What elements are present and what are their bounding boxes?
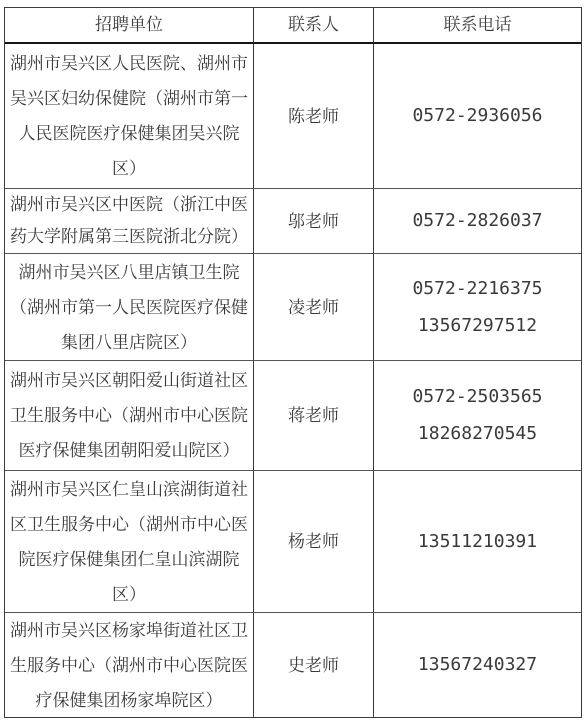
phone-number: 0572-2826037 <box>412 211 542 231</box>
header-contact: 联系人 <box>254 8 374 44</box>
phone-number: 13567297512 <box>418 316 537 336</box>
unit-cell: 湖州市吴兴区八里店镇卫生院（湖州市第一人民医院医疗保健集团八里店院区） <box>5 253 254 360</box>
header-phone: 联系电话 <box>374 8 581 44</box>
phone-cell: 13511210391 <box>374 470 581 612</box>
phone-number: 13511210391 <box>418 532 537 552</box>
phone-number: 0572-2936056 <box>412 106 542 126</box>
phone-number: 18268270545 <box>418 424 537 444</box>
contact-cell: 陈老师 <box>254 44 374 188</box>
unit-cell: 湖州市吴兴区中医院（浙江中医药大学附属第三医院浙北分院） <box>5 188 254 253</box>
contact-cell: 邬老师 <box>254 188 374 253</box>
unit-cell: 湖州市吴兴区仁皇山滨湖街道社区卫生服务中心（湖州市中心医院医疗保健集团仁皇山滨湖… <box>5 470 254 612</box>
header-unit: 招聘单位 <box>5 8 254 44</box>
contact-cell: 史老师 <box>254 612 374 717</box>
phone-number: 0572-2503565 <box>412 387 542 407</box>
unit-cell: 湖州市吴兴区杨家埠街道社区卫生服务中心（湖州市中心医院医疗保健集团杨家埠院区） <box>5 612 254 717</box>
unit-cell: 湖州市吴兴区人民医院、湖州市吴兴区妇幼保健院（湖州市第一人民医院医疗保健集团吴兴… <box>5 44 254 188</box>
phone-cell: 0572-2936056 <box>374 44 581 188</box>
recruitment-contact-table: 招聘单位 联系人 联系电话 湖州市吴兴区人民医院、湖州市吴兴区妇幼保健院（湖州市… <box>4 7 582 718</box>
contact-cell: 凌老师 <box>254 253 374 360</box>
phone-cell: 0572-2503565 18268270545 <box>374 360 581 470</box>
phone-cell: 0572-2216375 13567297512 <box>374 253 581 360</box>
page: 招聘单位 联系人 联系电话 湖州市吴兴区人民医院、湖州市吴兴区妇幼保健院（湖州市… <box>0 0 588 723</box>
phone-cell: 0572-2826037 <box>374 188 581 253</box>
phone-cell: 13567240327 <box>374 612 581 717</box>
unit-cell: 湖州市吴兴区朝阳爱山街道社区卫生服务中心（湖州市中心医院医疗保健集团朝阳爱山院区… <box>5 360 254 470</box>
phone-number: 13567240327 <box>418 655 537 675</box>
phone-number: 0572-2216375 <box>412 279 542 299</box>
contact-cell: 蒋老师 <box>254 360 374 470</box>
contact-cell: 杨老师 <box>254 470 374 612</box>
